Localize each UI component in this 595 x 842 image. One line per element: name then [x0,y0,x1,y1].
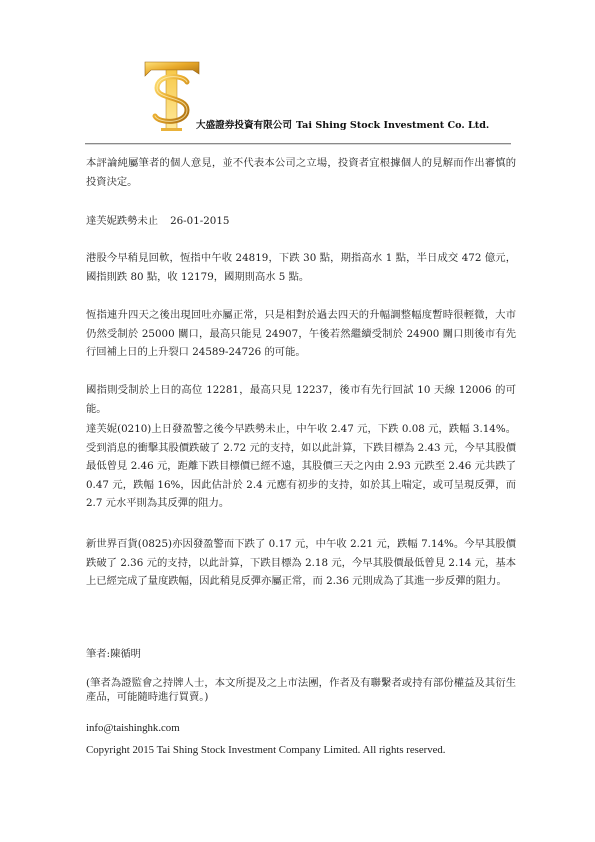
disclaimer-text: 本評論純屬筆者的個人意見，並不代表本公司之立場，投資者宜根據個人的見解而作出審慎… [86,154,516,191]
paragraph-new-world-dept-analysis: 新世界百貨(0825)亦因發盈警而下跌了 0.17 元，中午收 2.21 元，跌… [86,535,516,591]
company-name-zh: 大盛證券投資有限公司 [196,120,292,131]
paragraph-market-summary: 港股今早稍見回軟，恆指中午收 24819，下跌 30 點，期指高水 1 點，半日… [86,249,516,286]
article-title-row: 達芙妮跌勢未止26-01-2015 [86,212,516,231]
company-name: 大盛證券投資有限公司Tai Shing Stock Investment Co.… [196,117,489,131]
author-label: 筆者:陳循明 [86,645,516,664]
paragraph-daphne-analysis: 達芙妮(0210)上日發盈警之後今早跌勢未止，中午收 2.47 元，下跌 0.0… [86,420,516,513]
contact-email[interactable]: info@taishinghk.com [86,719,516,738]
article-date: 26-01-2015 [170,215,229,227]
company-name-en: Tai Shing Stock Investment Co. Ltd. [296,120,489,131]
paragraph-hscei-analysis: 國指則受制於上日的高位 12281，最高只見 12237，後市有先行回試 10 … [86,381,516,418]
copyright-notice: Copyright 2015 Tai Shing Stock Investmen… [86,741,516,760]
company-logo-icon [143,58,201,132]
header-divider [85,143,511,145]
article-title: 達芙妮跌勢未止 [86,215,158,227]
author-disclosure-note: (筆者為證監會之持牌人士，本文所提及之上市法團，作者及有聯繫者或持有部份權益及其… [86,676,516,704]
paragraph-hsi-analysis: 恆指連升四天之後出現回吐亦屬正常，只是相對於過去四天的升幅調整幅度暫時很輕微，大… [86,306,516,362]
